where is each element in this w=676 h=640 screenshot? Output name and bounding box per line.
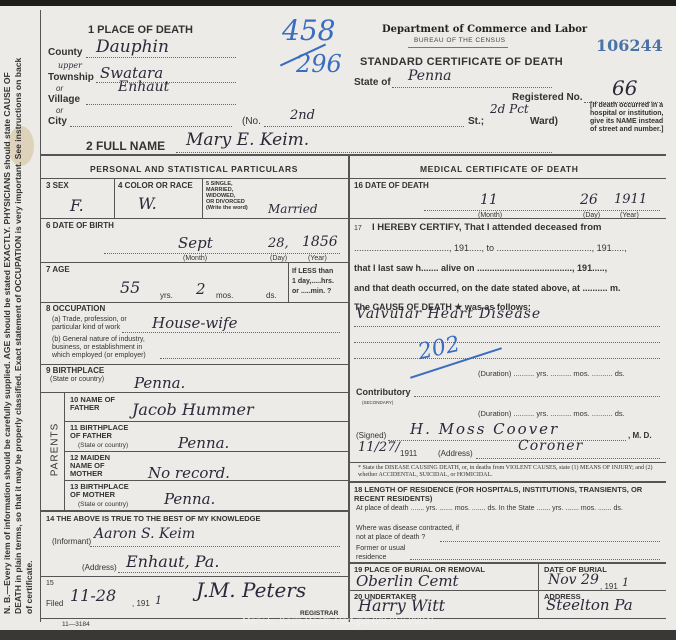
informant-line <box>90 546 340 547</box>
informant-label: (Informant) <box>52 537 91 546</box>
last-saw-line: that I last saw h....... alive on ......… <box>354 263 607 273</box>
rule <box>40 364 348 365</box>
less-than-line: 1 day,.....hrs. <box>292 277 334 287</box>
dod-year: 1911 <box>614 192 647 207</box>
less-than-line: or .....min. ? <box>292 287 334 297</box>
birthplace-sub: (State or country) <box>50 375 104 384</box>
dod-day: 26 <box>580 192 598 208</box>
ds-label: ds. <box>266 291 277 300</box>
dob-line <box>104 253 340 254</box>
informant-value: Aaron S. Keim <box>94 526 195 542</box>
township-prefix: upper <box>58 61 82 70</box>
signed-address-value: Coroner <box>518 438 583 454</box>
signed-year: 1911 <box>400 449 417 458</box>
contributory-line <box>414 396 660 397</box>
contributory-label: Contributory <box>356 387 411 397</box>
filed-year-prefix: , 191 <box>132 599 150 608</box>
mother-name-label: 12 MAIDEN NAME OF MOTHER <box>70 454 134 478</box>
residence-line: At place of death ....... yrs. ....... m… <box>356 504 662 513</box>
rule <box>40 262 348 263</box>
county-value: Dauphin <box>96 37 169 57</box>
occupation-label: 8 OCCUPATION <box>46 305 105 313</box>
parents-label: PARENTS <box>49 423 60 477</box>
dob-day: 28, <box>268 236 289 251</box>
occupation-a-line <box>122 332 340 333</box>
rule <box>40 178 348 179</box>
rule <box>350 462 666 463</box>
cause-line <box>354 358 660 359</box>
rule <box>350 218 666 219</box>
father-birthplace-value: Penna. <box>178 434 229 452</box>
institution-note: [If death occurred in a hospital or inst… <box>590 102 670 134</box>
dod-label: 16 DATE OF DEATH <box>354 182 429 190</box>
signed-address-label: (Address) <box>438 449 473 458</box>
bureau-name: BUREAU OF THE CENSUS <box>414 37 506 44</box>
undertaker-address-value: Steelton Pa <box>546 596 633 614</box>
death-time-line: and that death occurred, on the date sta… <box>354 283 621 293</box>
occupation-a-label: (a) Trade, profession, or particular kin… <box>52 316 142 332</box>
burial-year-suffix: 1 <box>622 576 629 589</box>
occupation-b-line <box>160 358 340 359</box>
signed-line <box>388 440 626 441</box>
rule <box>40 576 348 577</box>
dob-month: Sept <box>178 234 213 252</box>
rule <box>350 178 666 179</box>
father-name-value: Jacob Hummer <box>132 400 254 419</box>
sex-label: 3 SEX <box>46 182 69 190</box>
birthplace-label: 9 BIRTHPLACE <box>46 367 104 375</box>
signed-address-line <box>476 458 660 459</box>
address-value: Enhaut, Pa. <box>126 552 219 571</box>
rule <box>64 421 348 422</box>
full-name-value: Mary E. Keim. <box>186 130 309 150</box>
rule <box>350 562 666 564</box>
village-label: Village <box>48 94 80 105</box>
township-label: Township <box>48 72 94 83</box>
less-than-day: If LESS than 1 day,.....hrs. or .....min… <box>292 267 334 297</box>
rule <box>202 178 203 218</box>
file-mark-bottom: 296 <box>296 50 342 78</box>
full-name-label: 2 FULL NAME <box>86 139 165 153</box>
age-years: 55 <box>120 278 140 297</box>
rule <box>40 218 348 219</box>
state-value: Penna <box>408 68 451 84</box>
contracted-label: Where was disease contracted, if not at … <box>356 524 466 542</box>
dod-month: 11 <box>480 192 498 208</box>
registrar-signature: J.M. Peters <box>196 578 306 602</box>
mother-birthplace-label: 13 BIRTHPLACE OF MOTHER <box>70 483 140 499</box>
marital-label: 5 SINGLE, MARRIED, WIDOWED, OR DIVORCED … <box>206 181 248 211</box>
duration-line: (Duration) .......... yrs. .......... mo… <box>478 369 625 378</box>
dob-year: 1856 <box>302 234 338 250</box>
rule <box>114 178 115 218</box>
burial-value: Oberlin Cemt <box>356 572 459 590</box>
certify-number: 17 <box>354 224 362 233</box>
medical-section-title: MEDICAL CERTIFICATE OF DEATH <box>420 164 578 174</box>
undertaker-value: Harry Witt <box>358 596 445 615</box>
certify-text: I HEREBY CERTIFY, That I attended deceas… <box>372 222 601 233</box>
mother-birthplace-sub: (State or country) <box>78 500 128 509</box>
registered-value: 66 <box>612 76 637 100</box>
sidebar-note: N. B.—Every item of information should b… <box>2 54 38 614</box>
village-value: Enhaut <box>118 79 169 95</box>
image-caption: Mary E. Keim Death Cert.jpg (2972 x 2904… <box>0 616 676 627</box>
residence-label: 18 LENGTH OF RESIDENCE (FOR HOSPITALS, I… <box>354 485 660 503</box>
rule <box>40 510 348 512</box>
full-name-line <box>176 152 552 153</box>
or-1: or <box>56 84 63 93</box>
county-label: County <box>48 47 82 58</box>
dob-label: 6 DATE OF BIRTH <box>46 222 114 230</box>
father-birthplace-sub: (State or country) <box>78 441 128 450</box>
color-label: 4 COLOR OR RACE <box>118 182 193 190</box>
color-value: W. <box>138 194 157 213</box>
age-label: 7 AGE <box>46 266 70 274</box>
dept-rule <box>408 47 508 48</box>
less-than-line: If LESS than <box>292 267 334 277</box>
center-divider <box>348 156 350 622</box>
header-divider <box>40 154 666 156</box>
serial-number: 106244 <box>596 36 663 55</box>
attended-dates-line: ......................................, … <box>354 243 627 253</box>
stamp-number: 202 <box>416 332 462 365</box>
contributory-sub: (SECONDARY) <box>362 398 393 407</box>
mos-label: mos. <box>216 291 233 300</box>
cause-line <box>354 326 660 327</box>
birthplace-value: Penna. <box>134 374 185 392</box>
marital-value: Married <box>268 202 318 216</box>
death-certificate: N. B.—Every item of information should b… <box>0 6 676 630</box>
cause-value: Valvular Heart Disease <box>356 306 541 322</box>
address-label: (Address) <box>82 563 117 572</box>
rule <box>40 302 348 303</box>
marital-label-line: (Write the word) <box>206 205 248 211</box>
filed-label: Filed <box>46 599 63 608</box>
father-birthplace-label: 11 BIRTHPLACE OF FATHER <box>70 424 140 440</box>
signed-date: 11/27/ <box>358 440 400 455</box>
mother-birthplace-value: Penna. <box>164 490 215 508</box>
left-border <box>40 10 41 622</box>
burial-date-value: Nov 29 <box>548 572 599 588</box>
filed-number: 15 <box>46 579 54 588</box>
personal-section-title: PERSONAL AND STATISTICAL PARTICULARS <box>90 164 298 174</box>
signed-label: (Signed) <box>356 431 386 440</box>
window-bottom-edge <box>0 630 676 640</box>
sex-value: F. <box>70 196 84 215</box>
place-of-death-label: 1 PLACE OF DEATH <box>88 24 193 36</box>
rule <box>288 262 289 302</box>
form-title: STANDARD CERTIFICATE OF DEATH <box>360 56 563 68</box>
rule <box>40 392 348 393</box>
md-label: , M. D. <box>628 431 652 440</box>
duration-line-2: (Duration) .......... yrs. .......... mo… <box>478 409 625 418</box>
state-label: State of <box>354 77 391 88</box>
ward-label: Ward) <box>530 116 558 127</box>
street-line <box>264 126 464 127</box>
rule <box>64 480 348 481</box>
footnote: * State the DISEASE CAUSING DEATH, or, i… <box>358 465 660 479</box>
filed-year-suffix: 1 <box>155 594 162 607</box>
cause-line <box>354 342 660 343</box>
city-label: City <box>48 116 67 127</box>
filed-date: 11-28 <box>70 586 116 605</box>
informant-section-label: 14 THE ABOVE IS TRUE TO THE BEST OF MY K… <box>46 515 260 523</box>
yrs-label: yrs. <box>160 291 173 300</box>
state-line <box>392 87 552 88</box>
father-name-label: 10 NAME OF FATHER <box>70 396 124 412</box>
department-name: Department of Commerce and Labor <box>382 24 587 35</box>
number-label: (No. <box>242 116 261 127</box>
rule <box>350 590 666 591</box>
ward-value: 2d Pct <box>490 102 529 116</box>
rule <box>64 451 348 452</box>
or-2: or <box>56 106 63 115</box>
contracted-line <box>440 541 660 542</box>
city-line <box>70 126 232 127</box>
rule <box>350 481 666 483</box>
registered-label: Registered No. <box>512 92 583 103</box>
county-line <box>86 57 236 58</box>
address-line <box>118 572 340 573</box>
file-mark-top: 458 <box>282 14 335 47</box>
former-residence-label: Former or usual residence <box>356 544 416 562</box>
number-value: 2nd <box>290 108 315 123</box>
age-months: 2 <box>196 280 206 298</box>
occupation-a-value: House-wife <box>152 314 237 332</box>
occupation-b-label: (b) General nature of industry, business… <box>52 336 162 360</box>
village-line <box>86 104 236 105</box>
former-residence-line <box>410 559 660 560</box>
street-label: St.; <box>468 116 484 127</box>
signed-value: H. Moss Coover <box>410 420 559 438</box>
